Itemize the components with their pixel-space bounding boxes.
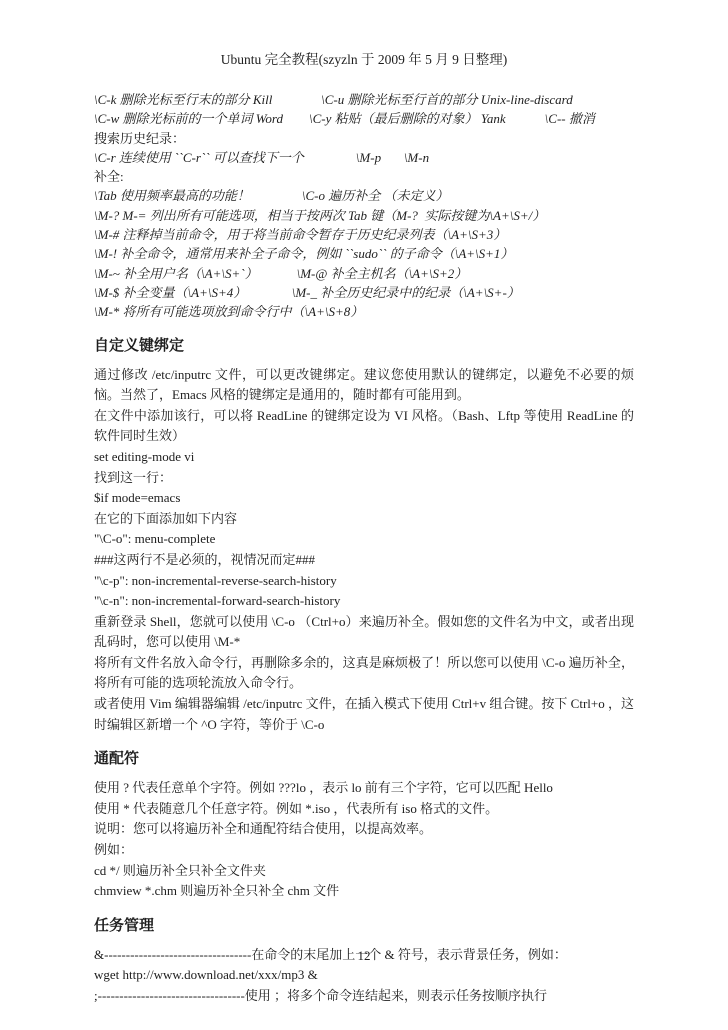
text-line: 在它的下面添加如下内容	[94, 509, 634, 530]
text-line: 找到这一行：	[94, 468, 634, 489]
shortcut-line: \C-k 删除光标至行末的部分 Kill \C-u 删除光标至行首的部分 Uni…	[94, 90, 634, 109]
paragraph: 重新登录 Shell，您就可以使用 \C-o （Ctrl+o）来遍历补全。假如您…	[94, 612, 634, 653]
label-line: 搜索历史纪录：	[94, 129, 634, 148]
shortcut-line: \M-! 补全命令，通常用来补全子命令，例如 ``sudo`` 的子命令（\A+…	[94, 244, 634, 263]
shortcut-list: \C-k 删除光标至行末的部分 Kill \C-u 删除光标至行首的部分 Uni…	[94, 90, 634, 322]
code-line: $if mode=emacs	[94, 488, 634, 509]
section-custom-key-bindings: 通过修改 /etc/inputrc 文件，可以更改键绑定。建议您使用默认的键绑定…	[94, 365, 634, 736]
label-line: 补全:	[94, 167, 634, 186]
code-line: "\c-n": non-incremental-forward-search-h…	[94, 591, 634, 612]
text-line: ;----------------------------------使用 ；将…	[94, 986, 634, 1007]
text-line: 例如：	[94, 840, 634, 861]
section-wildcards: 使用 ? 代表任意单个字符。例如 ???lo ，表示 lo 前有三个字符，它可以…	[94, 778, 634, 902]
paragraph: 或者使用 Vim 编辑器编辑 /etc/inputrc 文件，在插入模式下使用 …	[94, 694, 634, 735]
shortcut-line: \C-r 连续使用 ``C-r`` 可以查找下一个 \M-p \M-n	[94, 148, 634, 167]
text-line: 使用 * 代表随意几个任意字符。例如 *.iso ，代表所有 iso 格式的文件…	[94, 799, 634, 820]
text-line: 说明：您可以将遍历补全和通配符结合使用，以提高效率。	[94, 819, 634, 840]
code-line: cd */ 则遍历补全只补全文件夹	[94, 861, 634, 882]
paragraph: 将所有文件名放入命令行，再删除多余的，这真是麻烦极了！所以您可以使用 \C-o …	[94, 653, 634, 694]
page-title: Ubuntu 完全教程(szyzln 于 2009 年 5 月 9 日整理)	[94, 48, 634, 68]
shortcut-line: \M-$ 补全变量（\A+\S+4） \M-_ 补全历史纪录中的纪录（\A+\S…	[94, 283, 634, 302]
code-line: wget http://www.download.net/xxx/mp3 &	[94, 965, 634, 986]
code-line: "\C-o": menu-complete	[94, 529, 634, 550]
shortcut-line: \C-w 删除光标前的一个单词 Word \C-y 粘贴（最后删除的对象） Ya…	[94, 109, 634, 128]
section-heading-wildcards: 通配符	[94, 750, 634, 768]
paragraph: 在文件中添加该行，可以将 ReadLine 的键绑定设为 VI 风格。（Bash…	[94, 406, 634, 447]
document-page: Ubuntu 完全教程(szyzln 于 2009 年 5 月 9 日整理) \…	[0, 0, 728, 1030]
comment-line: ###这两行不是必须的，视情况而定###	[94, 550, 634, 571]
shortcut-line: \M-# 注释掉当前命令，用于将当前命令暂存于历史纪录列表（\A+\S+3）	[94, 225, 634, 244]
paragraph: 通过修改 /etc/inputrc 文件，可以更改键绑定。建议您使用默认的键绑定…	[94, 365, 634, 406]
code-line: chmview *.chm 则遍历补全只补全 chm 文件	[94, 881, 634, 902]
code-line: set editing-mode vi	[94, 447, 634, 468]
code-line: "\c-p": non-incremental-reverse-search-h…	[94, 571, 634, 592]
shortcut-line: \M-* 将所有可能选项放到命令行中（\A+\S+8）	[94, 302, 634, 321]
shortcut-line: \M-? M-= 列出所有可能选项，相当于按两次 Tab 键（M-? 实际按键为…	[94, 206, 634, 225]
text-line: 使用 ? 代表任意单个字符。例如 ???lo ，表示 lo 前有三个字符，它可以…	[94, 778, 634, 799]
section-heading-custom-key-bindings: 自定义键绑定	[94, 337, 634, 355]
page-number: 12	[0, 948, 728, 964]
shortcut-line: \M-~ 补全用户名（\A+\S+`） \M-@ 补全主机名（\A+\S+2）	[94, 264, 634, 283]
section-heading-task-management: 任务管理	[94, 917, 634, 935]
shortcut-line: \Tab 使用频率最高的功能！ \C-o 遍历补全 （未定义）	[94, 186, 634, 205]
